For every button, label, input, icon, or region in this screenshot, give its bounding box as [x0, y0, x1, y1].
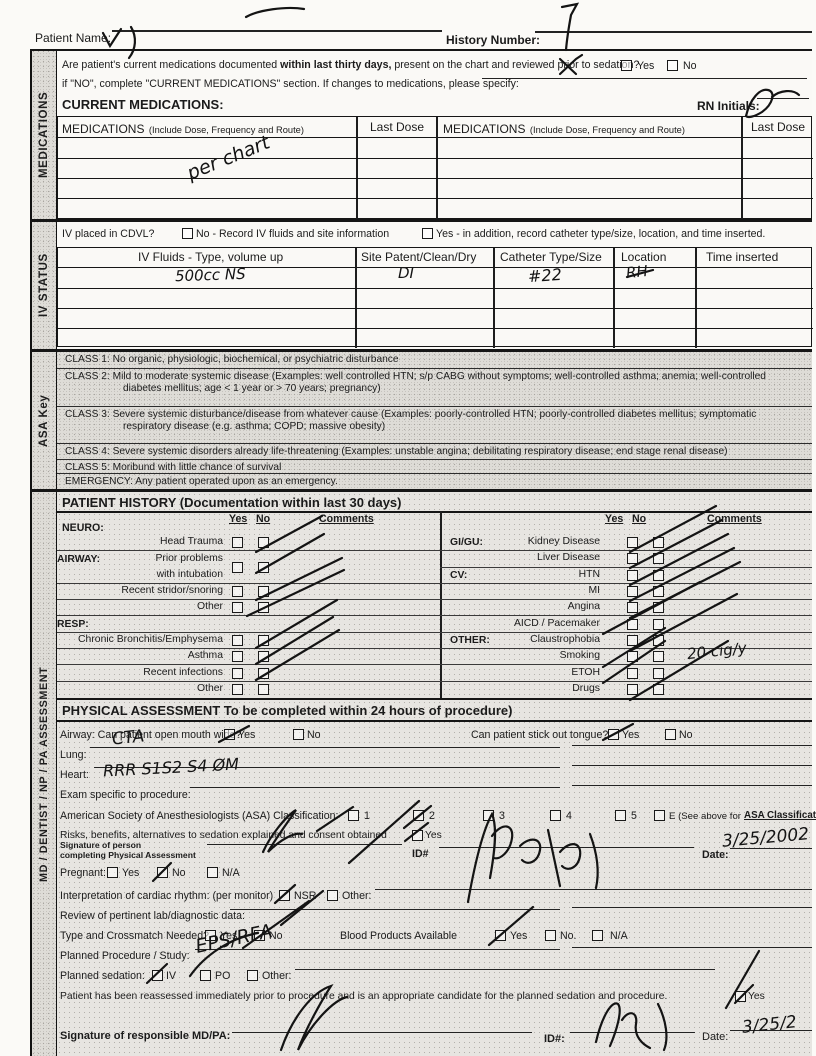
sig-md-field[interactable] — [232, 1032, 532, 1033]
checkbox-htn-yes[interactable] — [627, 570, 638, 581]
handwriting-iv-location: RH — [625, 262, 648, 282]
rhythm-other-label: Other: — [342, 890, 371, 902]
asa-4-label: 4 — [566, 810, 572, 822]
review-field[interactable] — [230, 909, 560, 910]
row-asthma: Asthma — [57, 649, 440, 665]
table-divider — [355, 248, 357, 348]
handwriting-lung: CTA — [111, 726, 145, 749]
asa-1-label: 1 — [364, 810, 370, 822]
row-smoking: Smoking — [440, 649, 812, 665]
handwriting-iv-site: DI — [398, 264, 414, 282]
scan-mark — [246, 8, 304, 17]
mouth-yes-label: Yes — [238, 729, 255, 741]
planned-procedure-label: Planned Procedure / Study: — [60, 950, 190, 962]
tongue-no-label: No — [679, 729, 693, 741]
row-aicd: AICD / Pacemaker — [440, 617, 812, 633]
pregnant-na-label: N/A — [222, 867, 240, 879]
row-prior-problems: AIRWAY: Prior problems — [57, 551, 440, 567]
airway-question: Airway: Can patient open mouth wide? — [60, 729, 241, 741]
iv-status-section: IV placed in CDVL? No - Record IV fluids… — [57, 222, 812, 349]
row-bronchitis: Chronic Bronchitis/Emphysema — [57, 633, 440, 649]
checkbox-reassessed-yes[interactable] — [735, 991, 746, 1002]
planned-procedure-field-2[interactable] — [572, 947, 812, 948]
checkbox-asa-4[interactable] — [550, 810, 561, 821]
checkbox-blood-na[interactable] — [592, 930, 603, 941]
exam-label: Exam specific to procedure: — [60, 789, 191, 801]
checkbox-mi-yes[interactable] — [627, 586, 638, 597]
iv-table-header: IV Fluids - Type, volume up Site Patent/… — [58, 248, 811, 268]
checkbox-htn-no[interactable] — [653, 570, 664, 581]
table-divider — [613, 248, 615, 348]
sedation-other-field[interactable] — [295, 969, 715, 970]
row-head-trauma: Head Trauma — [57, 535, 440, 551]
checkbox-claustrophobia-yes[interactable] — [627, 635, 638, 646]
checkbox-pregnant-na[interactable] — [207, 867, 218, 878]
checkbox-pregnant-no[interactable] — [157, 867, 168, 878]
checkbox-bronchitis-yes[interactable] — [232, 635, 243, 646]
checkbox-airway-other-no[interactable] — [258, 602, 269, 613]
tab-asa-key: ASA Key — [30, 352, 57, 489]
planned-sedation-label: Planned sedation: — [60, 970, 145, 982]
checkbox-meds-documented-no[interactable] — [667, 60, 678, 71]
sig-person-line1: Signature of person — [60, 840, 141, 850]
planned-procedure-field[interactable] — [195, 949, 560, 950]
sig-md-label: Signature of responsible MD/PA: — [60, 1030, 230, 1042]
cdvl-no-option: No - Record IV fluids and site informati… — [196, 228, 389, 240]
asa-line-label: American Society of Anesthesiologists (A… — [60, 810, 339, 822]
reassessed-line: Patient has been reassessed immediately … — [60, 991, 667, 1002]
checkbox-consent-yes[interactable] — [412, 830, 423, 841]
asa-emergency: EMERGENCY: Any patient operated upon as … — [57, 474, 812, 489]
tab-iv-status: IV STATUS — [30, 222, 57, 349]
rhythm-label: Interpretation of cardiac rhythm: (per m… — [60, 890, 273, 902]
row-airway-other: Other — [57, 600, 440, 616]
id-field[interactable] — [439, 847, 694, 848]
handwriting-heart: RRR S1S2 S4 ØM — [103, 754, 240, 780]
col-header-lastdose-1: Last Dose — [370, 120, 424, 134]
handwriting-iv-fluids: 500cc NS — [175, 265, 246, 285]
asa-class-5: CLASS 5: Moribund with little chance of … — [57, 460, 812, 474]
iv-question-line: IV placed in CDVL? — [62, 228, 154, 240]
yes-col-header-left: Yes — [229, 513, 247, 525]
sedation-iv-label: IV — [166, 970, 176, 982]
table-divider — [695, 248, 697, 348]
checkbox-infections-no[interactable] — [258, 668, 269, 679]
sedation-po-label: PO — [215, 970, 230, 982]
checkbox-smoking-no[interactable] — [653, 651, 664, 662]
row-mi: MI — [440, 584, 812, 600]
row-kidney: GI/GU: Kidney Disease — [440, 535, 812, 551]
checkbox-resp-other-yes[interactable] — [232, 684, 243, 695]
tab-medications: MEDICATIONS — [30, 51, 57, 219]
checkbox-asa-3[interactable] — [483, 810, 494, 821]
checkbox-stridor-yes[interactable] — [232, 586, 243, 597]
checkbox-aicd-yes[interactable] — [627, 619, 638, 630]
col-header-lastdose-2: Last Dose — [751, 120, 805, 134]
checkbox-asthma-yes[interactable] — [232, 651, 243, 662]
checkbox-head-trauma-no[interactable] — [258, 537, 269, 548]
checkbox-infections-yes[interactable] — [232, 668, 243, 679]
patient-history-title: PATIENT HISTORY (Documentation within la… — [62, 495, 402, 510]
asa-class-2: CLASS 2: Mild to moderate systemic disea… — [57, 369, 812, 407]
checkbox-kidney-no[interactable] — [653, 537, 664, 548]
asa-5-label: 5 — [631, 810, 637, 822]
blood-label: Blood Products Available — [340, 930, 457, 942]
table-row-line — [58, 198, 813, 199]
history-number-label: History Number: — [446, 33, 540, 47]
title-underline — [57, 511, 812, 513]
table-divider — [493, 248, 495, 348]
checkbox-asa-2[interactable] — [413, 810, 424, 821]
checkbox-liver-yes[interactable] — [627, 553, 638, 564]
row-liver: Liver Disease — [440, 551, 812, 567]
tongue-question: Can patient stick out tongue? — [471, 729, 608, 741]
handwriting-procedure: EPS/RFA — [194, 920, 275, 958]
table-row-line — [58, 158, 813, 159]
patient-name-field[interactable] — [112, 30, 442, 32]
exam-field-2[interactable] — [572, 785, 812, 786]
checkbox-blood-yes[interactable] — [495, 930, 506, 941]
yes-col-header-right: Yes — [605, 513, 623, 525]
checkbox-rhythm-other[interactable] — [327, 890, 338, 901]
no-col-header-left: No — [256, 513, 270, 525]
col-header-medications-2: MEDICATIONS (Include Dose, Frequency and… — [443, 120, 685, 138]
asa-key-section: CLASS 1: No organic, physiologic, bioche… — [57, 352, 812, 489]
iv-col-time: Time inserted — [706, 250, 778, 264]
meds-no-label: No — [683, 60, 697, 72]
comments-col-header-right: Comments — [707, 513, 762, 525]
consent-yes-label: Yes — [425, 830, 442, 841]
iv-col-site: Site Patent/Clean/Dry — [361, 250, 476, 264]
checkbox-drugs-no[interactable] — [653, 684, 664, 695]
checkbox-stridor-no[interactable] — [258, 586, 269, 597]
checkbox-etoh-no[interactable] — [653, 668, 664, 679]
id-label: ID# — [412, 848, 429, 860]
checkbox-sedation-po[interactable] — [200, 970, 211, 981]
table-divider — [436, 117, 438, 220]
date2-label: Date: — [702, 1031, 728, 1043]
checkbox-etoh-yes[interactable] — [627, 668, 638, 679]
asa-class-4: CLASS 4: Severe systemic disorders alrea… — [57, 444, 812, 460]
row-stridor: Recent stridor/snoring — [57, 584, 440, 600]
table-divider — [741, 117, 743, 220]
heart-field-2[interactable] — [572, 765, 812, 766]
sedation-other-label: Other: — [262, 970, 291, 982]
checkbox-drugs-yes[interactable] — [627, 684, 638, 695]
checkbox-resp-other-no[interactable] — [258, 684, 269, 695]
col-header-medications-1: MEDICATIONS (Include Dose, Frequency and… — [62, 120, 304, 138]
row-resp-cat: RESP: — [57, 617, 440, 633]
row-etoh: ETOH — [440, 665, 812, 681]
lung-field-2[interactable] — [572, 745, 812, 746]
pregnant-label: Pregnant: — [60, 867, 106, 879]
checkbox-smoking-yes[interactable] — [627, 651, 638, 662]
asa-key-link[interactable]: ASA Classification Key — [744, 810, 816, 821]
blood-yes-label: Yes — [510, 930, 527, 942]
row-claustrophobia: OTHER: Claustrophobia — [440, 633, 812, 649]
checkbox-mouth-no[interactable] — [293, 729, 304, 740]
medications-table-header: MEDICATIONS (Include Dose, Frequency and… — [58, 117, 811, 138]
checkbox-claustrophobia-no[interactable] — [653, 635, 664, 646]
row-resp-other: Other — [57, 682, 440, 698]
handwriting-iv-catheter: #22 — [527, 265, 562, 286]
checkbox-blood-no[interactable] — [545, 930, 556, 941]
neuro-category: NEURO: — [62, 522, 104, 534]
title-underline — [57, 720, 812, 722]
patient-history-section: PATIENT HISTORY (Documentation within la… — [57, 492, 812, 698]
checkbox-pregnant-yes[interactable] — [107, 867, 118, 878]
patient-name-label: Patient Name: — [35, 31, 111, 45]
iv-table: IV Fluids - Type, volume up Site Patent/… — [57, 247, 812, 347]
table-row-line — [58, 308, 813, 309]
lung-label: Lung: — [60, 749, 87, 761]
checkbox-asa-5[interactable] — [615, 810, 626, 821]
checkbox-angina-yes[interactable] — [627, 602, 638, 613]
checkbox-kidney-yes[interactable] — [627, 537, 638, 548]
reassessed-yes-label: Yes — [748, 991, 765, 1002]
checkbox-asthma-no[interactable] — [258, 651, 269, 662]
checkbox-tongue-no[interactable] — [665, 729, 676, 740]
blood-no-label: No. — [560, 930, 577, 942]
asa-class-1: CLASS 1: No organic, physiologic, bioche… — [57, 352, 812, 369]
medications-table: MEDICATIONS (Include Dose, Frequency and… — [57, 116, 812, 219]
id2-label: ID#: — [544, 1033, 565, 1045]
meds-yes-label: Yes — [637, 60, 654, 72]
checkbox-nsr[interactable] — [279, 890, 290, 901]
no-col-header-right: No — [632, 513, 646, 525]
pregnant-no-label: No — [172, 867, 186, 879]
table-divider — [356, 117, 358, 220]
id2-field[interactable] — [570, 1032, 695, 1033]
blood-na-label: N/A — [610, 930, 628, 942]
checkbox-sedation-iv[interactable] — [152, 970, 163, 981]
checkbox-cdvl-yes[interactable] — [422, 228, 433, 239]
scan-mark — [562, 4, 577, 50]
asa-3-label: 3 — [499, 810, 505, 822]
medications-question: Are patient's current medications docume… — [62, 59, 639, 71]
comments-col-header-left: Comments — [319, 513, 374, 525]
checkbox-asa-1[interactable] — [348, 810, 359, 821]
mouth-no-label: No — [307, 729, 321, 741]
sig-person-field[interactable] — [207, 844, 402, 845]
checkbox-sedation-other[interactable] — [247, 970, 258, 981]
current-medications-title: CURRENT MEDICATIONS: — [62, 97, 224, 112]
checkbox-head-trauma-yes[interactable] — [232, 537, 243, 548]
checkbox-angina-no[interactable] — [653, 602, 664, 613]
row-angina: Angina — [440, 600, 812, 616]
physical-assessment-title: PHYSICAL ASSESSMENT To be completed with… — [62, 703, 512, 718]
iv-col-fluids: IV Fluids - Type, volume up — [138, 250, 283, 264]
heart-label: Heart: — [60, 769, 89, 781]
checkbox-tongue-yes[interactable] — [608, 729, 619, 740]
tongue-yes-label: Yes — [622, 729, 639, 741]
tab-md-assessment: MD / DENTIST / NP / PA ASSESSMENT — [30, 492, 57, 1056]
row-with-intubation: with intubation — [57, 568, 440, 584]
review-field-2[interactable] — [572, 907, 812, 908]
checkbox-airway-other-yes[interactable] — [232, 602, 243, 613]
asa-class-3: CLASS 3: Severe systemic disturbance/dis… — [57, 407, 812, 444]
medications-section: Are patient's current medications docume… — [57, 51, 812, 219]
pregnant-yes-label: Yes — [122, 867, 139, 879]
table-row-line — [58, 178, 813, 179]
crossmatch-label: Type and Crossmatch Needed? — [60, 930, 209, 942]
table-row-line — [58, 328, 813, 329]
checkbox-meds-documented-yes[interactable] — [621, 60, 632, 71]
table-row-line — [58, 288, 813, 289]
asa-2-label: 2 — [429, 810, 435, 822]
meds-specify-field[interactable] — [482, 78, 807, 79]
checkbox-asa-e[interactable] — [654, 810, 665, 821]
physical-assessment-section: PHYSICAL ASSESSMENT To be completed with… — [57, 700, 812, 1056]
rn-initials-field[interactable] — [757, 98, 809, 99]
handwriting-date2: 3/25/2 — [741, 1012, 798, 1038]
sig-person-line2: completing Physical Assessment — [60, 850, 196, 860]
row-infections: Recent infections — [57, 665, 440, 681]
checkbox-bronchitis-no[interactable] — [258, 635, 269, 646]
if-no-line: if "NO", complete "CURRENT MEDICATIONS" … — [62, 78, 519, 90]
checkbox-aicd-no[interactable] — [653, 619, 664, 630]
iv-col-catheter: Catheter Type/Size — [500, 250, 602, 264]
checkbox-cdvl-no[interactable] — [182, 228, 193, 239]
checkbox-mouth-yes[interactable] — [224, 729, 235, 740]
history-number-field[interactable] — [535, 31, 812, 33]
cdvl-yes-option: Yes - in addition, record catheter type/… — [436, 228, 765, 240]
scanned-form-page: Patient Name: History Number: MEDICATION… — [0, 0, 816, 1056]
rhythm-other-field[interactable] — [375, 889, 812, 890]
review-label: Review of pertinent lab/diagnostic data: — [60, 910, 245, 922]
nsr-label: NSR — [294, 890, 316, 902]
rn-initials-label: RN Initials: — [697, 99, 760, 113]
exam-field[interactable] — [190, 787, 560, 788]
asa-e-label: E (See above for — [669, 811, 741, 822]
row-drugs: Drugs — [440, 682, 812, 698]
checkbox-liver-no[interactable] — [653, 553, 664, 564]
lung-field[interactable] — [90, 747, 560, 748]
row-htn: CV: HTN — [440, 568, 812, 584]
checkbox-mi-no[interactable] — [653, 586, 664, 597]
